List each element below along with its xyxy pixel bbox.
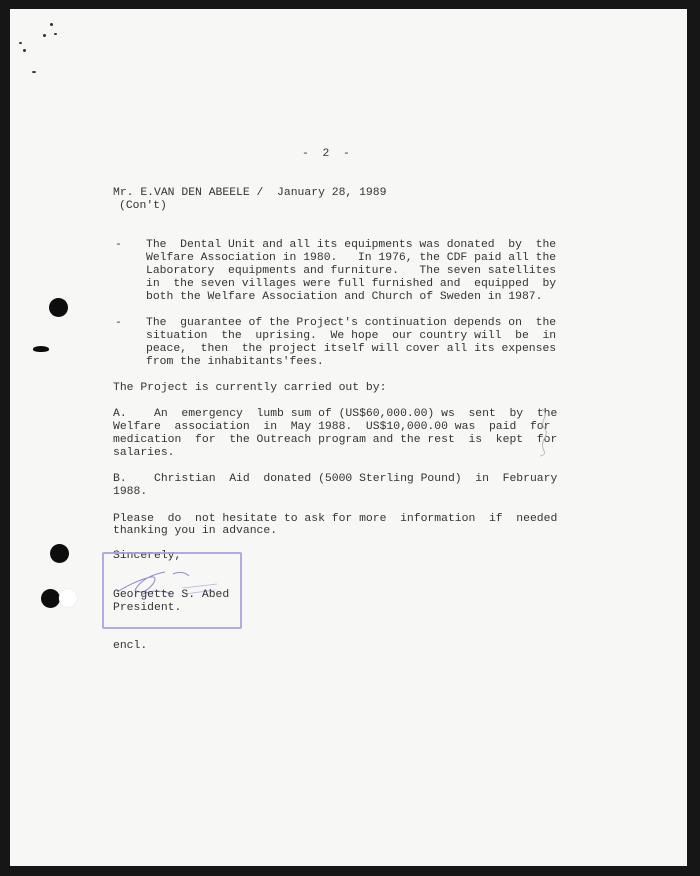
text-line: The Dental Unit and all its equipments w…: [146, 239, 556, 252]
handwritten-brace: [538, 407, 552, 457]
document-page: - 2 - Mr. E.VAN DEN ABEELE / January 28,…: [10, 9, 687, 866]
text-line: B. Christian Aid donated (5000 Sterling …: [113, 473, 557, 486]
text-line: medication for the Outreach program and …: [113, 434, 557, 447]
speck-mark: [43, 34, 46, 37]
text-line: 1988.: [113, 486, 147, 499]
text-line: thanking you in advance.: [113, 525, 277, 538]
punch-hole: [41, 589, 60, 608]
intro-line: The Project is currently carried out by:: [113, 382, 386, 395]
text-line: Welfare association in May 1988. US$10,0…: [113, 421, 550, 434]
page-number: - 2 -: [302, 148, 350, 161]
bullet-marker: -: [115, 317, 122, 330]
signatory-title: President.: [113, 602, 181, 615]
text-line: in the seven villages were full furnishe…: [146, 278, 556, 291]
continued-label: (Con't): [119, 200, 167, 213]
enclosure-note: encl.: [113, 640, 147, 653]
bullet-marker: -: [115, 239, 122, 252]
text-line: Laboratory equipments and furniture. The…: [146, 265, 556, 278]
punch-hole-partial: [33, 346, 49, 352]
speck-mark: [54, 33, 57, 35]
speck-mark: [50, 23, 53, 26]
signatory-name: Georgette S. Abed: [113, 589, 229, 602]
text-line: The guarantee of the Project's continuat…: [146, 317, 556, 330]
text-line: situation the uprising. We hope our coun…: [146, 330, 556, 343]
text-line: Welfare Association in 1980. In 1976, th…: [146, 252, 556, 265]
speck-mark: [23, 49, 26, 52]
text-line: both the Welfare Association and Church …: [146, 291, 542, 304]
punch-hole: [50, 544, 69, 563]
punch-hole-ghost: [59, 589, 77, 607]
speck-mark: [32, 71, 36, 73]
speck-mark: [19, 42, 22, 44]
text-line: A. An emergency lumb sum of (US$60,000.0…: [113, 408, 557, 421]
text-line: from the inhabitants'fees.: [146, 356, 324, 369]
text-line: salaries.: [113, 447, 175, 460]
text-line: peace, then the project itself will cove…: [146, 343, 556, 356]
punch-hole: [49, 298, 68, 317]
recipient-line: Mr. E.VAN DEN ABEELE / January 28, 1989: [113, 187, 386, 200]
text-line: Please do not hesitate to ask for more i…: [113, 513, 557, 526]
